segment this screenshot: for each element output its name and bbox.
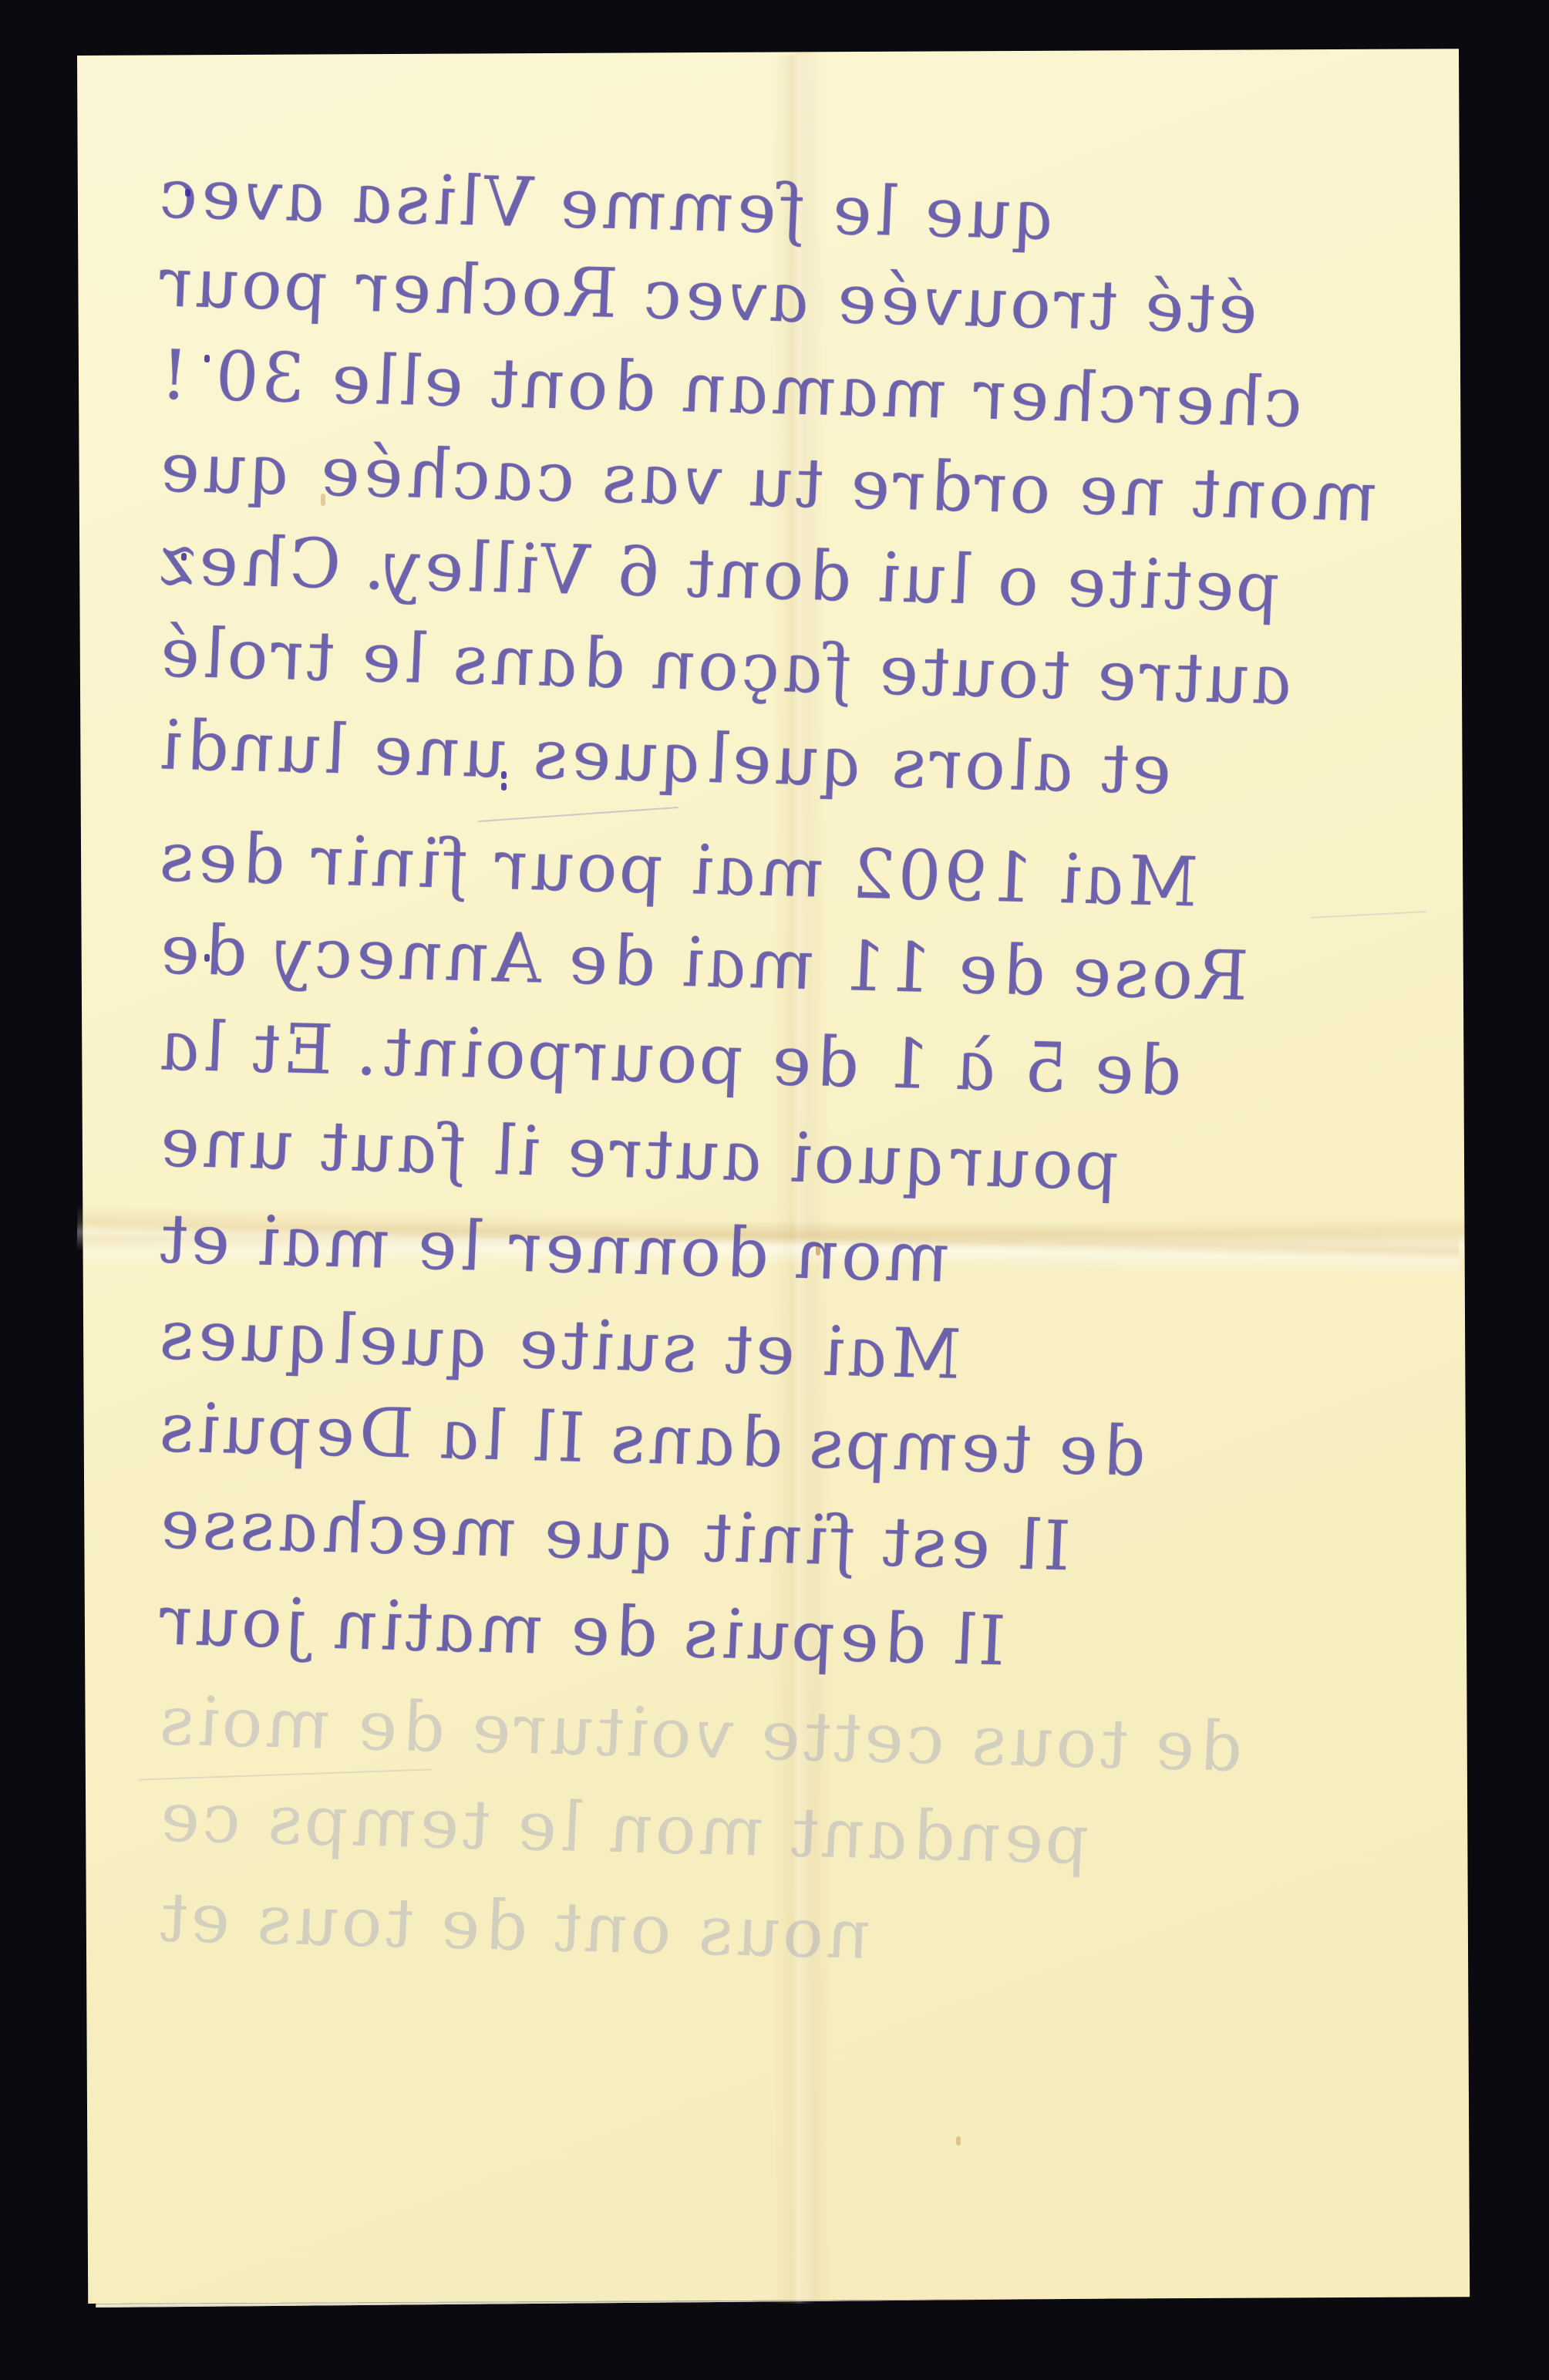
ink-dot [185, 189, 190, 197]
ink-dot [204, 954, 210, 962]
rust-stain [956, 2136, 961, 2146]
ink-dot [181, 553, 187, 561]
ink-dot [501, 783, 507, 791]
ink-dot [501, 771, 507, 779]
ink-dot [204, 355, 210, 362]
